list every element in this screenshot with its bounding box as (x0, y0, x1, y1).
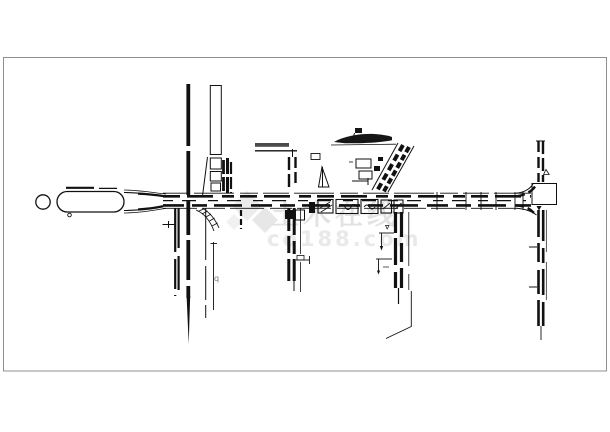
roundabout-circle (36, 195, 50, 209)
small-box (311, 154, 320, 160)
cad-canvas: 土木在线 co188.com (0, 0, 610, 432)
road-island-oval (57, 192, 124, 213)
vertical-road-4-north (536, 141, 549, 182)
east-terminus (516, 141, 557, 340)
taper-mark (319, 167, 330, 187)
vertical-road-1: q (163, 84, 242, 344)
cad-drawing-viewport: 土木在线 co188.com (0, 0, 610, 432)
abutment-cluster (224, 158, 232, 195)
scale-bar (255, 143, 297, 151)
structure-cluster (349, 157, 383, 185)
bridge-structure (210, 86, 221, 155)
vertical-road-4-south (529, 206, 546, 340)
west-terminus (36, 188, 166, 217)
small-node (68, 213, 72, 217)
q-annotation: q (214, 274, 219, 283)
slip-road-hatch (196, 208, 219, 231)
annotation-strip (331, 128, 396, 145)
diagonal-branch-road (311, 143, 414, 193)
